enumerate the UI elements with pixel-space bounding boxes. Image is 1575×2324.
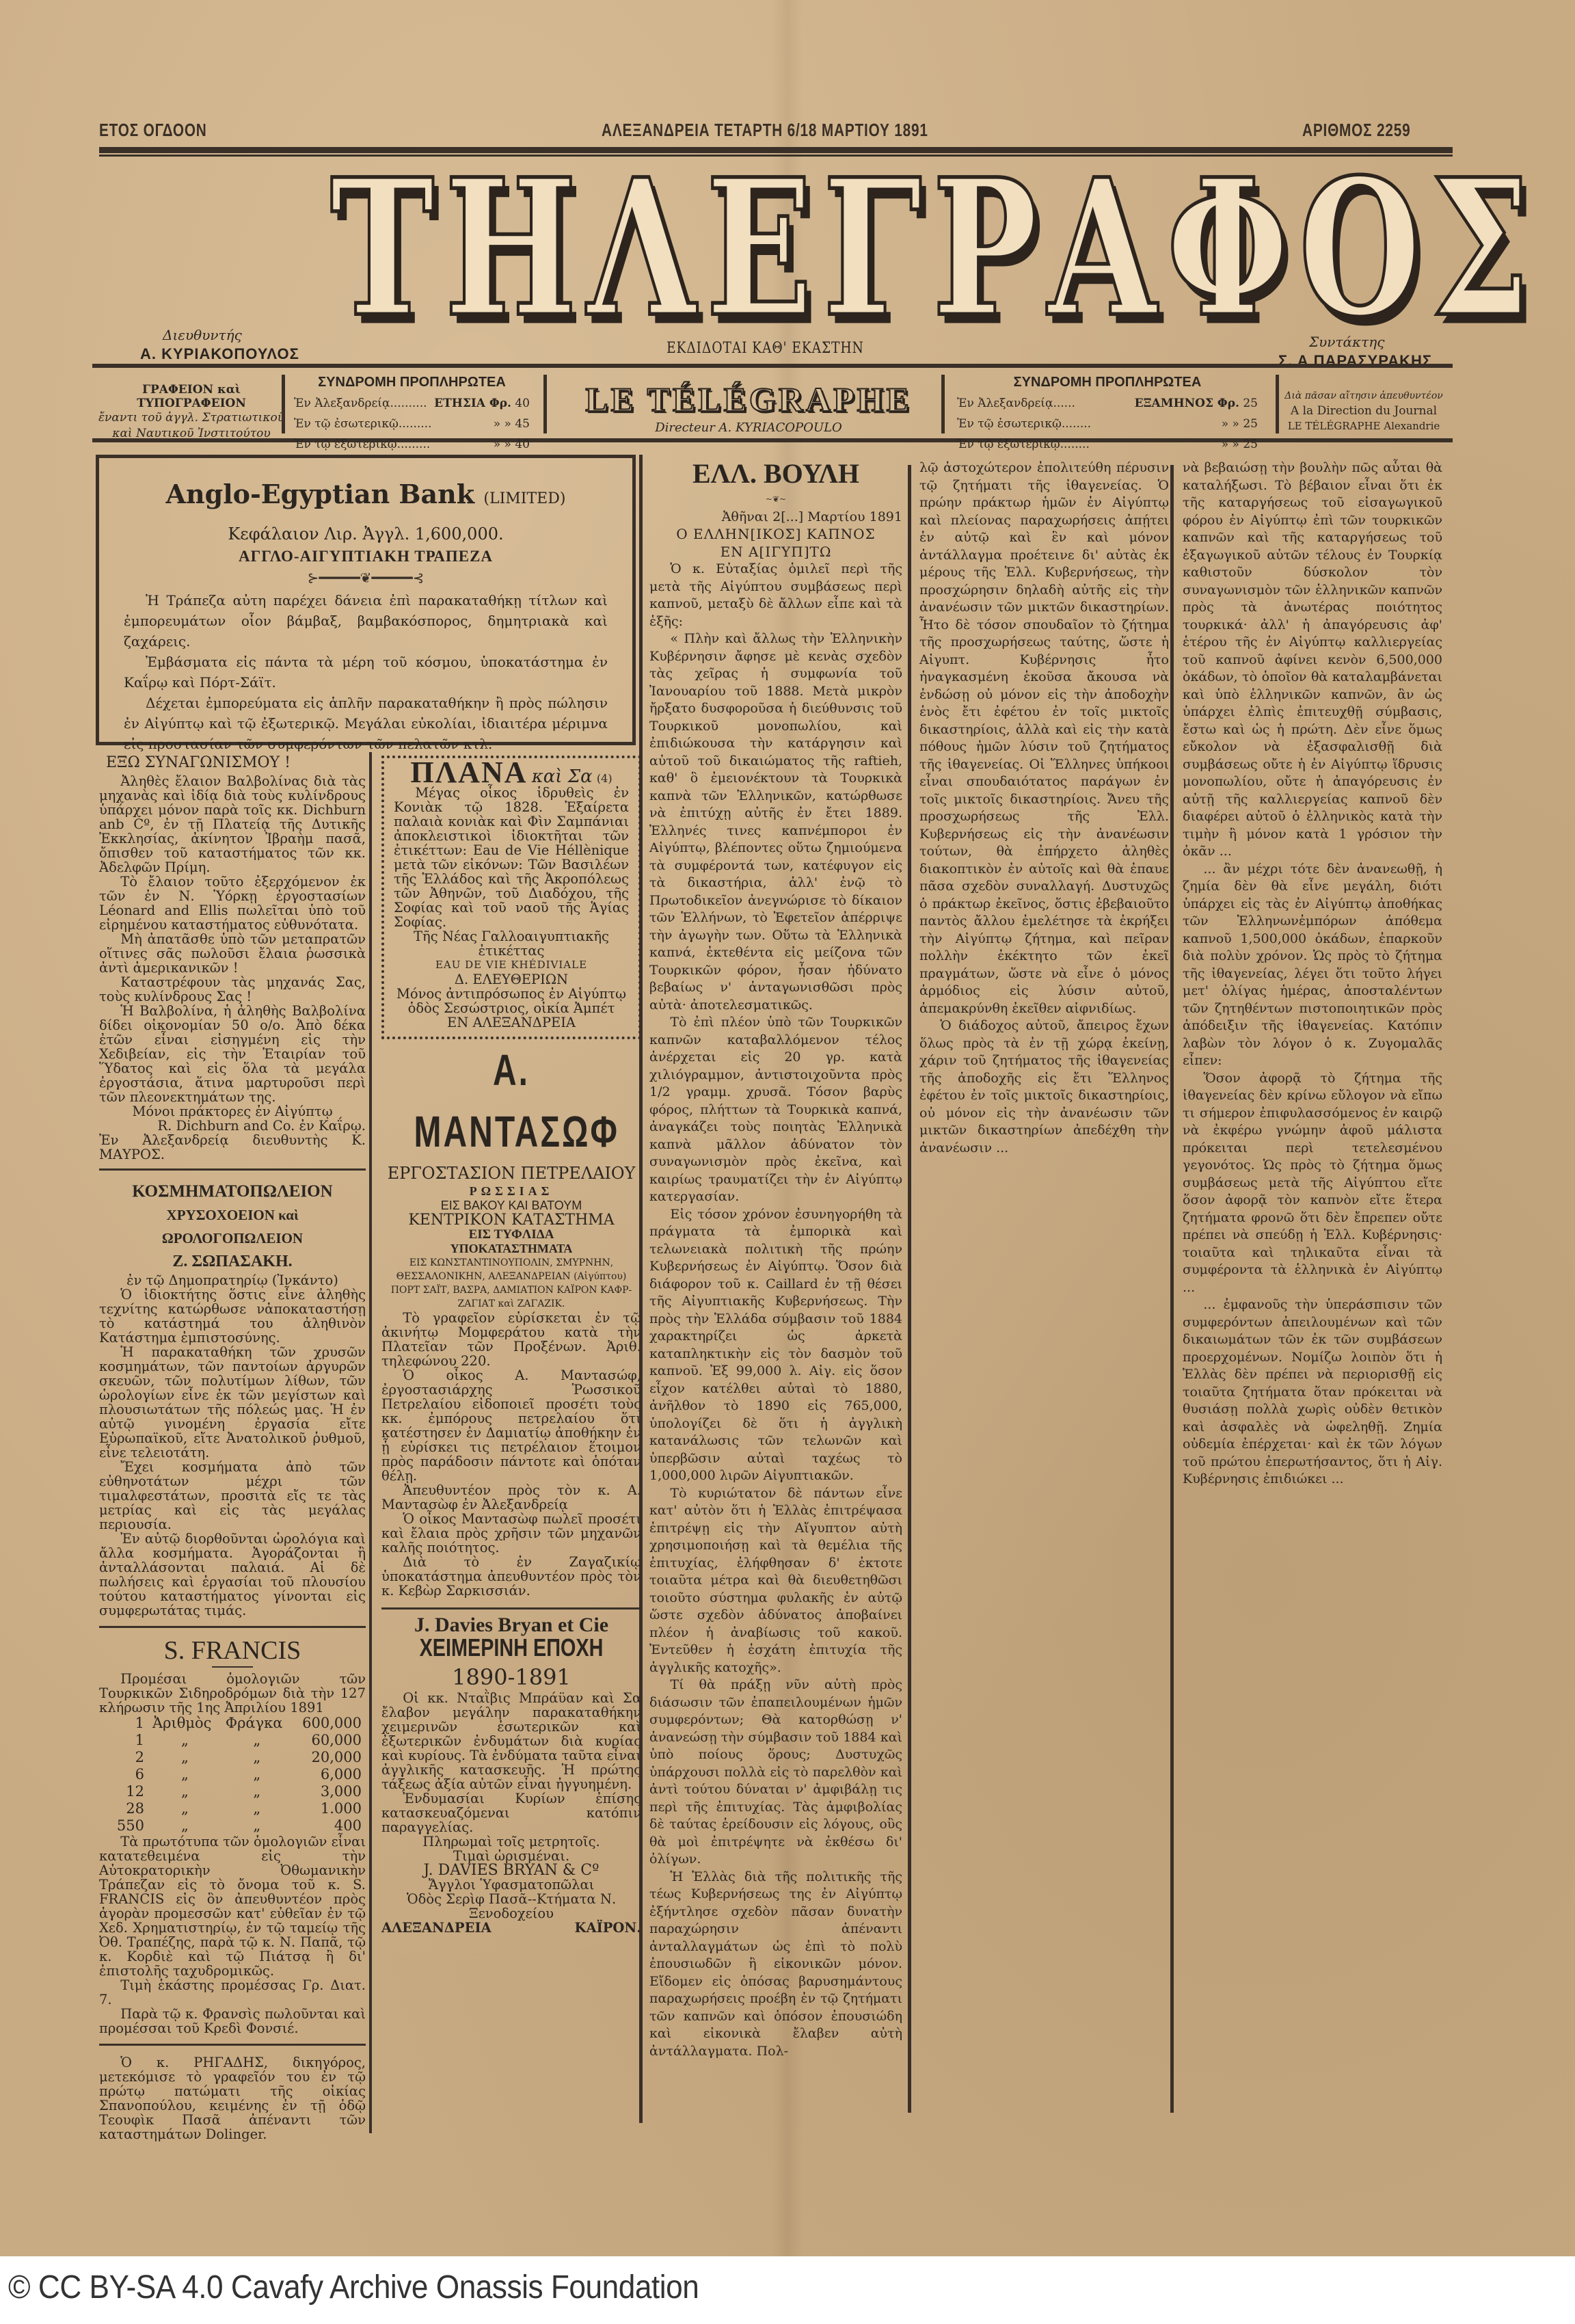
francis-title: S. FRANCIS: [99, 1635, 366, 1666]
french-director: Directeur A. KYRIACOPOULO: [554, 420, 943, 435]
jeweller-heading-2: ΧΡΥΣΟΧΟΕΙΟΝ καὶ ΩΡΟΛΟΓΟΠΩΛΕΙΟΝ: [99, 1203, 366, 1250]
office-line-1: ἔναντι τοῦ ἀγγλ. Στρατιωτικοῦ: [89, 410, 294, 426]
column-rule: [1170, 465, 1174, 2113]
bank-capital: Κεφάλαιον Λιρ. Ἀγγλ. 1,600,000.: [124, 524, 608, 544]
copyright-credit: © CC BY-SA 4.0 Cavafy Archive Onassis Fo…: [8, 2269, 699, 2306]
ornament-icon: ~❦~: [649, 491, 902, 509]
middle-left-column: ΠΛΑΝΑ καὶ Σα (4) Μέγας οἶκος ἱδρυθεὶς ἐν…: [381, 756, 641, 1935]
office-line-2: καὶ Ναυτικοῦ Ἰνστιτούτου: [89, 426, 294, 442]
bank-body: Ἡ Τράπεζα αὐτη παρέχει δάνεια ἐπὶ παρακα…: [124, 590, 608, 754]
subscription-title: ΣΥΝΔΡΟΜΗ ΠΡΟΠΛΗΡΩΤΕΑ: [957, 375, 1258, 390]
subscription-row: Ἐν τῷ ἐσωτερικῷ........» » 25: [957, 414, 1258, 434]
cognac-title-block: ΠΛΑΝΑ καὶ Σα (4): [394, 765, 629, 786]
subscription-row: Ἐν τῷ ἐσωτερικῷ.........» » 45: [294, 414, 530, 434]
cognac-title-suffix: καὶ Σα: [532, 766, 593, 787]
info-bar-top-rule: [92, 364, 1453, 368]
mantasoff-branches: ΕΙΣ ΚΩΝΣΤΑΝΤΙΝΟΥΠΟΛΙΝ, ΣΜΥΡΝΗΝ, ΘΕΣΣΑΛΟΝ…: [381, 1256, 641, 1311]
newspaper-page: ΕΤΟΣ ΟΓΔΟΟΝ ΑΛΕΞΑΝΔΡΕΙΑ ΤΕΤΑΡΤΗ 6/18 ΜΑΡ…: [0, 0, 1575, 2256]
column-rule: [369, 752, 372, 2133]
contact-line-3: LE TÉLÉGRAPHE Alexandrie: [1282, 418, 1446, 433]
mantasoff-heading-4: ΚΕΝΤΡΙΚΟΝ ΚΑΤΑΣΤΗΜΑ: [381, 1213, 641, 1227]
ornamental-divider: [941, 375, 945, 433]
jeweller-heading-3: Ζ. ΣΩΠΑΣΑΚΗ.: [99, 1250, 366, 1273]
subscription-row: Ἐν Ἀλεξανδρείᾳ......ΕΞΑΜΗΝΟΣ Φρ. 25: [957, 393, 1258, 414]
cognac-brand: EAU DE VIE KHÉDIVIALE: [394, 958, 629, 972]
office-title: ΓΡΑΦΕΙΟΝ καὶ ΤΥΠΟΓΡΑΦΕΙΟΝ: [89, 383, 294, 410]
ornament-divider-icon: ⊱━━━━━❦━━━━━⊰: [124, 570, 608, 586]
table-row: 1„„60,000: [99, 1732, 366, 1749]
bank-greek-name: ΑΓΓΛΟ-ΑΙΓΥΠΤΙΑΚΗ ΤΡΑΠΕΖΑ: [124, 548, 608, 565]
subscription-semiannual: ΣΥΝΔΡΟΜΗ ΠΡΟΠΛΗΡΩΤΕΑ Ἐν Ἀλεξανδρείᾳ.....…: [957, 375, 1258, 455]
section-divider: [381, 1607, 641, 1610]
bank-title: Anglo-Egyptian Bank: [166, 479, 475, 509]
table-row: 28„„1.000: [99, 1800, 366, 1817]
rigadis-notice: Ὁ κ. ΡΗΓΑΔΗΣ, δικηγόρος, μετεκόμισε τὸ γ…: [99, 2055, 366, 2141]
agent-line-1: R. Dichburn and Co. ἐν Καΐρῳ.: [99, 1119, 366, 1133]
contact-block: Διὰ πᾶσαν αἴτησιν ἀπευθυντέον A la Direc…: [1282, 388, 1446, 433]
mantasoff-heading-1: ΕΡΓΟΣΤΑΣΙΟΝ ΠΕΤΡΕΛΑΙΟΥ: [381, 1162, 641, 1184]
section-divider: [99, 2044, 366, 2046]
table-row: 6„„6,000: [99, 1766, 366, 1783]
french-title: LE TÉLÉGRAPHE: [554, 379, 943, 419]
cognac-number: (4): [597, 772, 612, 785]
valvoline-heading: ΕΞΩ ΣΥΝΑΓΩΝΙΣΜΟΥ !: [106, 756, 366, 770]
french-title-block: LE TÉLÉGRAPHE Directeur A. KYRIACOPOULO: [554, 379, 943, 435]
bryan-company: J. DAVIES BRYAN & Cº: [381, 1863, 641, 1878]
article-headline-2: ΕΝ Α[ΙΓΥΠ]ΤΩ: [649, 544, 902, 561]
mantasoff-heading-6: ΥΠΟΚΑΤΑΣΤΗΜΑΤΑ: [381, 1242, 641, 1256]
article-column-1: ΕΛΛ. ΒΟΥΛΗ ~❦~ Ἀθῆναι 2[...] Μαρτίου 189…: [649, 457, 902, 2060]
section-divider: [99, 1626, 366, 1628]
article-headline-1: Ο ΕΛΛΗΝ[ΙΚΟΣ] ΚΑΠΝΟΣ: [649, 526, 902, 544]
subscription-title: ΣΥΝΔΡΟΜΗ ΠΡΟΠΛΗΡΩΤΕΑ: [294, 375, 530, 390]
section-divider: [99, 1168, 366, 1171]
agents-label: Μόνοι πράκτορες ἐν Αἰγύπτῳ: [99, 1104, 366, 1119]
director-label: Διευθυντής: [163, 327, 242, 343]
contact-line-1: Διὰ πᾶσαν αἴτησιν ἀπευθυντέον: [1282, 388, 1446, 403]
publication-frequency: ΕΚΔΙΔΟΤΑΙ ΚΑΘ' ΕΚΑΣΤΗΝ: [667, 340, 864, 357]
article-dateline: Ἀθῆναι 2[...] Μαρτίου 1891: [649, 509, 902, 526]
bryan-season: 1890-1891: [381, 1664, 641, 1691]
column-rule: [639, 455, 643, 2123]
footer: © CC BY-SA 4.0 Cavafy Archive Onassis Fo…: [0, 2256, 1575, 2324]
ornamental-divider: [1276, 375, 1279, 433]
bank-title-suffix: (LIMITED): [483, 490, 565, 507]
office-block: ΓΡΑΦΕΙΟΝ καὶ ΤΥΠΟΓΡΑΦΕΙΟΝ ἔναντι τοῦ ἀγγ…: [89, 383, 294, 442]
ornamental-divider: [282, 375, 285, 433]
bryan-heading: ΧΕΙΜΕΡΙΝΗ ΕΠΟΧΗ: [407, 1632, 615, 1664]
table-row: 2„„20,000: [99, 1749, 366, 1766]
year-label: ΕΤΟΣ ΟΓΔΟΟΝ: [99, 120, 207, 141]
table-row: 550„„400: [99, 1817, 366, 1834]
cognac-title: ΠΛΑΝΑ: [410, 756, 527, 789]
bank-advertisement: Anglo-Egyptian Bank (LIMITED) Κεφάλαιον …: [96, 455, 636, 745]
article-section: ΕΛΛ. ΒΟΥΛΗ: [649, 457, 902, 491]
left-column: ΕΞΩ ΣΥΝΑΓΩΝΙΣΜΟΥ ! Ἀληθὲς ἔλαιον Βαλβολί…: [99, 756, 366, 2141]
subscription-row: Ἐν Ἀλεξανδρείᾳ..........ΕΤΗΣΙΑ Φρ. 40: [294, 393, 530, 414]
article-column-3: νὰ βεβαιώσῃ τὴν βουλὴν πῶς αὗται θὰ κατα…: [1183, 459, 1442, 1488]
article-column-2: λῷ ἀστοχώτερον ἐπολιτεύθη πέρυσιν τῷ ζητ…: [919, 459, 1169, 1157]
cognac-advertisement: ΠΛΑΝΑ καὶ Σα (4) Μέγας οἶκος ἱδρυθεὶς ἐν…: [381, 756, 641, 1039]
column-rule: [908, 465, 911, 2113]
jeweller-location: ἐν τῷ Δημοπρατηρίῳ (Ἰνκάντο): [99, 1273, 366, 1287]
table-row: 1 Ἀριθμὸς Φράγκα 600,000: [99, 1715, 366, 1732]
bank-title-block: Anglo-Egyptian Bank (LIMITED): [124, 479, 608, 509]
ornamental-divider: [543, 375, 547, 433]
table-row: 12„„3,000: [99, 1783, 366, 1800]
subscription-annual: ΣΥΝΔΡΟΜΗ ΠΡΟΠΛΗΡΩΤΕΑ Ἐν Ἀλεξανδρείᾳ.....…: [294, 375, 530, 455]
mantasoff-heading-2: ΡΩΣΣΙΑΣ: [381, 1184, 641, 1199]
director-name: Α. ΚΥΡΙΑΚΟΠΟΥΛΟΣ: [140, 345, 299, 363]
title-underline: [212, 1666, 253, 1668]
prize-table: 1 Ἀριθμὸς Φράγκα 600,000 1„„60,000 2„„20…: [99, 1715, 366, 1834]
mantasoff-heading-3: ΕΙΣ ΒΑΚΟΥ ΚΑΙ ΒΑΤΟΥΜ: [381, 1199, 641, 1213]
subscription-row: Ἐν τῷ ἐξωτερικῷ........» » 25: [957, 434, 1258, 455]
masthead-title: ΤΗΛΕΓΡΑΦΟΣ: [330, 154, 1283, 342]
mantasoff-heading-5: ΕΙΣ ΤΥΦΛΙΔΑ: [381, 1227, 641, 1242]
subscription-row: Ἐν τῷ ἐξωτερικῷ.........» » 40: [294, 434, 530, 455]
bryan-title: J. Davies Bryan et Cie: [381, 1618, 641, 1632]
cognac-agent: Δ. ΕΛΕΥΘΕΡΙΩΝ: [394, 972, 629, 987]
mantasoff-title: Α. ΜΑΝΤΑΣΩΦ: [414, 1039, 609, 1162]
jeweller-heading-1: ΚΟΣΜΗΜΑΤΟΠΩΛΕΙΟΝ: [99, 1180, 366, 1203]
bryan-cities: ΑΛΕΞΑΝΔΡΕΙΑ ΚΑΪΡΟΝ.: [381, 1921, 641, 1935]
contact-line-2: A la Direction du Journal: [1282, 403, 1446, 418]
agent-line-2: Ἐν Ἀλεξανδρείᾳ διευθυντὴς Κ. ΜΑΥΡΟΣ.: [99, 1133, 366, 1162]
editor-label: Συντάκτης: [1309, 334, 1384, 350]
